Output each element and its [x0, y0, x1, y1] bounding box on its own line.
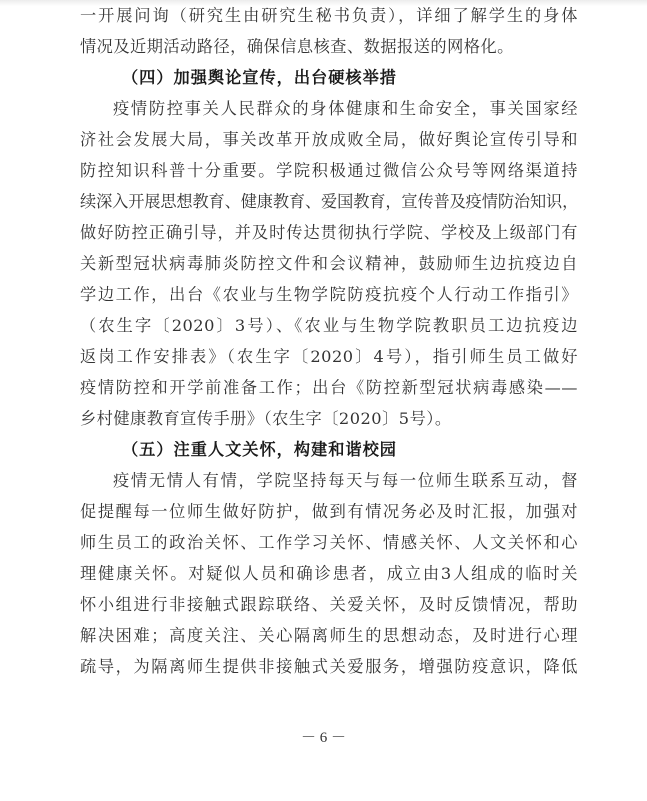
body-line: 做好防控正确引导，并及时传达贯彻执行学院、学校及上级部门有 [80, 217, 578, 248]
body-line: 关新型冠状病毒肺炎防控文件和会议精神，鼓励师生边抗疫边自 [80, 248, 578, 279]
body-line: 返岗工作安排表》（农生字〔2020〕4号），指引师生员工做好 [80, 341, 578, 372]
body-line: 理健康关怀。对疑似人员和确诊患者，成立由3人组成的临时关 [80, 558, 578, 589]
body-line: 一开展问询（研究生由研究生秘书负责），详细了解学生的身体 [80, 0, 578, 31]
body-line: 师生员工的政治关怀、工作学习关怀、情感关怀、人文关怀和心 [80, 527, 578, 558]
paragraph-first-line: 疫情防控事关人民群众的身体健康和生命安全，事关国家经 [113, 93, 578, 124]
body-line: 济社会发展大局，事关改革开放成败全局，做好舆论宣传引导和 [80, 124, 578, 155]
body-line: 疏导，为隔离师生提供非接触式关爱服务，增强防疫意识，降低 [80, 651, 578, 682]
body-line: 学边工作，出台《农业与生物学院防疫抗疫个人行动工作指引》 [80, 279, 578, 310]
body-line: 乡村健康教育宣传手册》（农生字〔2020〕5号）。 [80, 403, 578, 434]
body-line: 防控知识科普十分重要。学院积极通过微信公众号等网络渠道持 [80, 155, 578, 186]
body-line: 情况及近期活动路径，确保信息核查、数据报送的网格化。 [80, 31, 578, 62]
body-line: 促提醒每一位师生做好防护，做到有情况务必及时汇报，加强对 [80, 496, 578, 527]
section-heading-4: （四）加强舆论宣传，出台硬核举措 [122, 62, 397, 93]
body-line: （农生字〔2020〕3号）、《农业与生物学院教职员工边抗疫边 [80, 310, 578, 341]
body-line: 续深入开展思想教育、健康教育、爱国教育，宣传普及疫情防治知识， [80, 186, 578, 217]
body-line: 疫情防控和开学前准备工作；出台《防控新型冠状病毒感染—— [80, 372, 578, 403]
page-number: － 6 － [0, 726, 647, 747]
body-line: 怀小组进行非接触式跟踪联络、关爱关怀，及时反馈情况，帮助 [80, 589, 578, 620]
body-line: 解决困难；高度关注、关心隔离师生的思想动态，及时进行心理 [80, 620, 578, 651]
section-heading-5: （五）注重人文关怀，构建和谐校园 [122, 434, 397, 465]
paragraph-first-line: 疫情无情人有情，学院坚持每天与每一位师生联系互动，督 [113, 465, 578, 496]
